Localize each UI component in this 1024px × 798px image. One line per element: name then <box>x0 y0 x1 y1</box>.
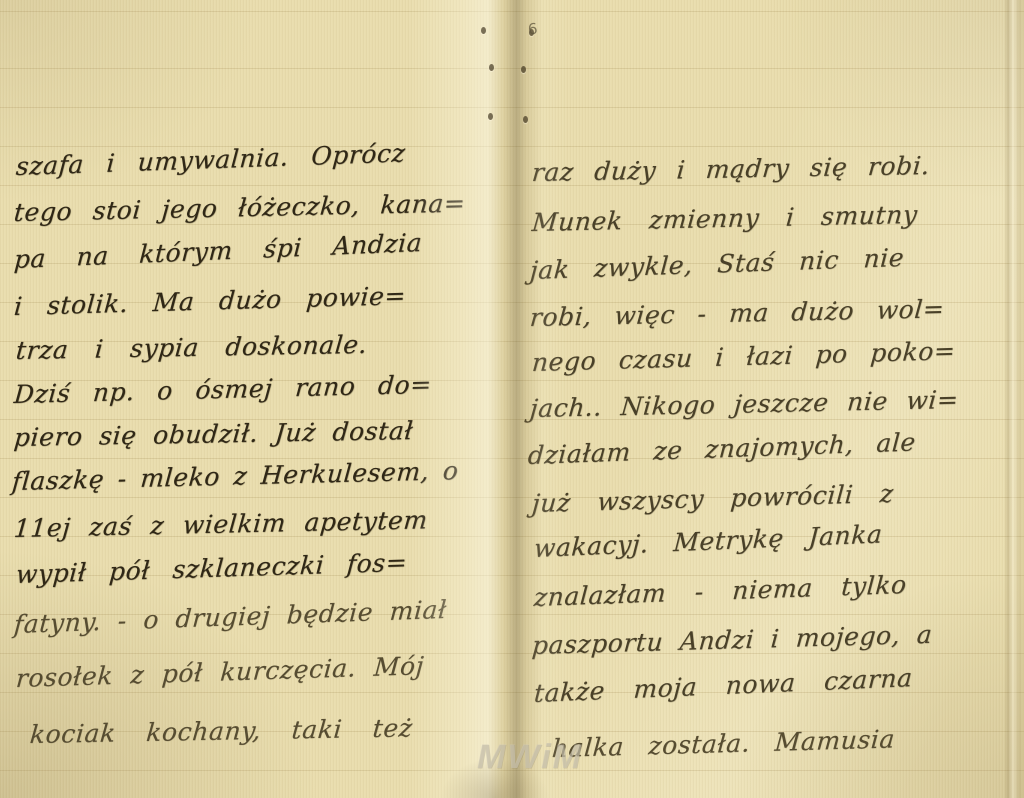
stitch-hole <box>523 116 528 123</box>
notebook-scan: szafa i umywalnia. Oprócz tego stoi jego… <box>0 0 1024 798</box>
stitch-hole <box>489 64 494 71</box>
archive-watermark-mwim: MWiM <box>477 738 583 777</box>
handwritten-line: trza i sypia doskonale. <box>15 330 369 365</box>
page-edge <box>1004 0 1024 798</box>
book-gutter <box>408 0 568 798</box>
stitch-hole <box>488 113 493 120</box>
stitch-hole <box>521 66 526 73</box>
pencil-page-number: 6 <box>527 20 538 39</box>
stitch-hole <box>481 27 486 34</box>
